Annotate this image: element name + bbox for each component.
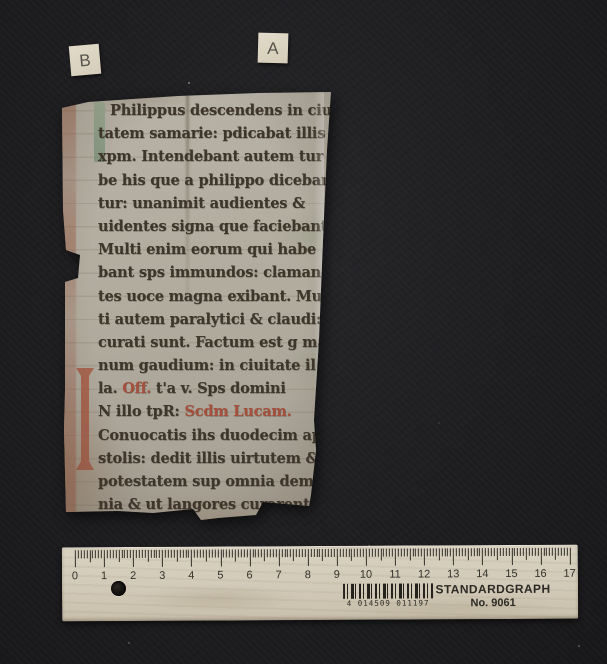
ruler-tick (299, 549, 300, 557)
ruler-tick (75, 550, 76, 567)
ruler-tick (156, 550, 157, 558)
ruler-tick (570, 548, 571, 565)
ruler-tick (200, 550, 201, 558)
ruler-tick (558, 548, 559, 556)
ruler-tick (95, 550, 96, 558)
ruler-tick (343, 549, 344, 557)
ruler-tick (252, 549, 253, 557)
ruler-tick (447, 548, 448, 556)
ruler-tick (479, 548, 480, 556)
ruler-tick (81, 550, 82, 558)
body-text: stolis: dedit illis uirtutem & (98, 450, 318, 467)
manuscript-line: Conuocatis ihs duodecim apo (98, 424, 330, 447)
ruler-tick (101, 550, 102, 558)
ruler-tick (508, 548, 509, 556)
photo-scene: B A Philippus descendens in ciuitatem sa… (0, 0, 607, 664)
label-a: A (258, 33, 289, 64)
manuscript-line: uidentes signa que faciebant. (98, 215, 330, 238)
ruler-tick (351, 549, 352, 561)
ruler-scale: 01234567891011121314151617 (62, 545, 578, 548)
body-text: xpm. Intendebant autem tur (98, 148, 323, 165)
body-text: tur: unanimit audientes & (98, 195, 305, 212)
ruler-tick (220, 550, 221, 567)
ruler-tick (107, 550, 108, 558)
ruler-tick (555, 548, 556, 560)
manuscript-line: be his que a philippo diceban (98, 169, 330, 192)
ruler-tick (517, 548, 518, 556)
manuscript-line: Multi enim eorum qui habe (98, 238, 330, 261)
ruler-tick (302, 549, 303, 557)
ruler-tick (494, 548, 495, 556)
ruler-tick (139, 550, 140, 558)
ruler-tick (546, 548, 547, 556)
ruler-tick (398, 549, 399, 557)
ruler-tick (153, 550, 154, 558)
ruler-tick (308, 549, 309, 566)
ruler-tick (305, 549, 306, 557)
ruler-tick (124, 550, 125, 558)
ruler-tick (86, 550, 87, 558)
ruler-tick (185, 550, 186, 558)
manuscript-line: bant sps immundos: claman (98, 261, 330, 284)
ruler-tick (505, 548, 506, 556)
ruler-tick (127, 550, 128, 558)
ruler-tick (471, 548, 472, 556)
manuscript-line: ti autem paralytici & claudi: (98, 308, 330, 331)
ruler-tick (375, 549, 376, 557)
ruler-tick (453, 548, 454, 565)
ruler-tick (459, 548, 460, 556)
body-text: Multi enim eorum qui habe (98, 241, 316, 258)
ruler-tick (159, 550, 160, 558)
ruler-tick (116, 550, 117, 558)
ruler-tick (214, 550, 215, 558)
ruler-tick (232, 549, 233, 557)
ruler-tick (468, 548, 469, 560)
manuscript-line: tatem samarie: pdicabat illis (98, 122, 330, 145)
manuscript-line: tes uoce magna exibant. Mul (98, 285, 330, 308)
manuscript-line: stolis: dedit illis uirtutem & (98, 447, 330, 470)
ruler-tick (543, 548, 544, 556)
ruler-tick (427, 548, 428, 556)
ruler-number: 2 (123, 570, 143, 582)
body-text: N illo tpR: (98, 403, 184, 420)
ruler-tick (293, 549, 294, 561)
red-initial-i-glyph (72, 366, 98, 472)
ruler-tick (296, 549, 297, 557)
ruler-tick (348, 549, 349, 557)
ruler-tick (206, 550, 207, 562)
barcode-digits: 4 014509 011197 (334, 598, 442, 608)
ruler-tick (177, 550, 178, 562)
manuscript-fragment-wrap: Philippus descendens in ciuitatem samari… (58, 90, 336, 530)
ruler-tick (354, 549, 355, 557)
ruler-tick (441, 548, 442, 556)
manuscript-line: potestatem sup omnia demo (98, 470, 330, 493)
ruler-tick (148, 550, 149, 562)
ruler-tick (110, 550, 111, 558)
ruler-tick (549, 548, 550, 556)
ruler-tick (229, 549, 230, 557)
ruler-tick (168, 550, 169, 558)
ruler-number: 0 (65, 570, 85, 582)
ruler-tick (503, 548, 504, 556)
ruler-number: 1 (94, 570, 114, 582)
ruler-tick (561, 548, 562, 556)
ruler-tick (142, 550, 143, 558)
ruler-number: 5 (210, 569, 230, 581)
ruler-tick (209, 550, 210, 558)
ruler-tick (430, 548, 431, 556)
label-b: B (69, 44, 102, 77)
ruler-tick (98, 550, 99, 558)
ruler-tick (276, 549, 277, 557)
ruler-tick (523, 548, 524, 556)
ruler-tick (404, 549, 405, 557)
ruler-tick (552, 548, 553, 556)
ruler-tick (386, 549, 387, 557)
ruler-tick (279, 549, 280, 566)
ruler-tick (241, 549, 242, 557)
ruler-number: 16 (531, 568, 551, 580)
ruler-tick (424, 548, 425, 565)
ruler-tick (476, 548, 477, 556)
ruler-tick (497, 548, 498, 560)
ruler-tick (217, 550, 218, 558)
ruler-tick (174, 550, 175, 558)
ruler-tick (118, 550, 119, 562)
body-text: Conuocatis ihs duodecim apo (98, 427, 331, 444)
sleeve-glare (314, 92, 324, 508)
ruler-tick (84, 550, 85, 558)
ruler-tick (311, 549, 312, 557)
ruler-tick (473, 548, 474, 556)
ruler-tick (392, 549, 393, 557)
ruler-tick (360, 549, 361, 557)
ruler-tick (482, 548, 483, 565)
ruler-tick (203, 550, 204, 558)
ruler-tick (226, 549, 227, 557)
ruler-tick (284, 549, 285, 557)
ruler-number: 6 (240, 569, 260, 581)
red-initial-i (72, 366, 98, 472)
ruler-tick (529, 548, 530, 556)
ruler-tick (357, 549, 358, 557)
ruler-tick (165, 550, 166, 558)
manuscript-line: num gaudium: in ciuitate il (98, 354, 330, 377)
body-text: be his que a philippo diceban (98, 172, 331, 189)
ruler-tick (567, 548, 568, 556)
ruler-tick (511, 548, 512, 565)
ruler-tick (520, 548, 521, 556)
ruler-number: 3 (152, 570, 172, 582)
ruler-tick (366, 549, 367, 566)
ruler-tick (450, 548, 451, 556)
ruler-tick (369, 549, 370, 557)
ruler-tick (244, 549, 245, 557)
ruler-tick (456, 548, 457, 556)
ruler-tick (130, 550, 131, 558)
ruler-tick (439, 548, 440, 560)
ruler-tick (488, 548, 489, 556)
ruler-tick (500, 548, 501, 556)
ruler-tick (415, 548, 416, 556)
ruler-number: 9 (327, 569, 347, 581)
ruler-tick (337, 549, 338, 566)
ruler-tick (319, 549, 320, 557)
ruler-tick (89, 550, 90, 562)
body-text: curati sunt. Factum est g mag (98, 334, 336, 351)
ruler-tick (564, 548, 565, 556)
ruler-tick (372, 549, 373, 557)
body-text: potestatem sup omnia demo (98, 473, 323, 490)
body-text: bant sps immundos: claman (98, 264, 321, 281)
ruler-tick (180, 550, 181, 558)
manuscript-line: nia & ut langores curarent (98, 493, 330, 516)
ruler-tick (136, 550, 137, 558)
ruler-tick (485, 548, 486, 556)
ruler-tick (334, 549, 335, 557)
ruler-tick (238, 549, 239, 557)
barcode (343, 583, 433, 598)
body-text: tes uoce magna exibant. Mul (98, 288, 327, 305)
ruler-number: 4 (181, 570, 201, 582)
label-a-letter: A (267, 39, 279, 56)
ruler-tick (491, 548, 492, 556)
ruler-tick (162, 550, 163, 567)
ruler-tick (290, 549, 291, 557)
ruler-number: 7 (269, 569, 289, 581)
rubric-text: Scdm Lucam. (184, 403, 291, 420)
body-text: uidentes signa que faciebant. (98, 218, 332, 235)
ruler-number: 8 (298, 569, 318, 581)
ruler-tick (538, 548, 539, 556)
ruler-tick (145, 550, 146, 558)
ruler-tick (331, 549, 332, 557)
ruler-tick (78, 550, 79, 558)
manuscript-line: xpm. Intendebant autem tur (98, 145, 330, 168)
ruler-tick (462, 548, 463, 556)
ruler-tick (540, 548, 541, 565)
ruler-tick (514, 548, 515, 556)
body-text: Philippus descendens in ciui (110, 102, 337, 119)
body-text: t'a v. Sps domini (151, 380, 286, 397)
ruler-tick (436, 548, 437, 556)
ruler-number: 14 (472, 568, 492, 580)
manuscript-line: la. Off. t'a v. Sps domini (98, 377, 330, 400)
body-text: ti autem paralytici & claudi: (98, 311, 321, 328)
manuscript-fragment: Philippus descendens in ciuitatem samari… (58, 90, 336, 530)
ruler-tick (255, 549, 256, 557)
ruler: 01234567891011121314151617 4 014509 0111… (62, 545, 578, 622)
ruler-number: 15 (501, 568, 521, 580)
body-text: tatem samarie: pdicabat illis (98, 125, 325, 142)
ruler-tick (444, 548, 445, 556)
ruler-tick (113, 550, 114, 558)
ruler-tick (267, 549, 268, 557)
body-text: la. (98, 380, 122, 397)
ruler-tick (313, 549, 314, 557)
ruler-tick (194, 550, 195, 558)
ruler-tick (121, 550, 122, 558)
ruler-tick (247, 549, 248, 557)
manuscript-line: N illo tpR: Scdm Lucam. (98, 400, 330, 423)
ruler-hole (111, 581, 126, 596)
ruler-tick (287, 549, 288, 557)
ruler-tick (345, 549, 346, 557)
ruler-tick (258, 549, 259, 557)
ruler-tick (412, 549, 413, 557)
ruler-tick (328, 549, 329, 557)
ruler-tick (325, 549, 326, 557)
ruler-tick (191, 550, 192, 567)
label-b-letter: B (79, 51, 92, 69)
ruler-tick (270, 549, 271, 557)
ruler-tick (322, 549, 323, 561)
ruler-tick (535, 548, 536, 556)
ruler-tick (92, 550, 93, 558)
ruler-tick (377, 549, 378, 557)
manuscript-text-block: Philippus descendens in ciuitatem samari… (98, 99, 330, 516)
ruler-model: No. 9061 (434, 597, 552, 610)
ruler-tick (188, 550, 189, 558)
ruler-tick (401, 549, 402, 557)
ruler-tick (340, 549, 341, 557)
body-text: nia & ut langores curarent (98, 496, 310, 513)
ruler-tick (380, 549, 381, 561)
ruler-number: 11 (385, 569, 405, 581)
ruler-tick (261, 549, 262, 557)
ruler-number: 17 (560, 568, 580, 580)
ruler-tick (235, 549, 236, 561)
ruler-tick (363, 549, 364, 557)
ruler-tick (433, 548, 434, 556)
ruler-tick (197, 550, 198, 558)
ruler-tick (182, 550, 183, 558)
ruler-brand: STANDARDGRAPH (434, 582, 552, 597)
ruler-tick (383, 549, 384, 557)
dust-specks (188, 82, 190, 84)
ruler-tick (264, 549, 265, 561)
ruler-tick (316, 549, 317, 557)
ruler-tick (171, 550, 172, 558)
ruler-tick (389, 549, 390, 557)
ruler-tick (133, 550, 134, 567)
ruler-tick (418, 548, 419, 556)
ruler-tick (249, 549, 250, 566)
manuscript-line: Philippus descendens in ciui (98, 99, 330, 122)
body-text: num gaudium: in ciuitate il (98, 357, 316, 374)
ruler-tick (150, 550, 151, 558)
ruler-tick (407, 549, 408, 557)
ruler-tick (273, 549, 274, 557)
manuscript-line: tur: unanimit audientes & (98, 192, 330, 215)
ruler-tick (409, 549, 410, 561)
ruler-tick (104, 550, 105, 567)
ruler-tick (421, 548, 422, 556)
ruler-tick (212, 550, 213, 558)
ruler-tick (532, 548, 533, 556)
ruler-tick (395, 549, 396, 566)
ruler-number: 10 (356, 569, 376, 581)
ruler-tick (223, 550, 224, 558)
ruler-tick (281, 549, 282, 557)
ruler-tick (465, 548, 466, 556)
ruler-number: 12 (414, 568, 434, 580)
ruler-number: 13 (443, 568, 463, 580)
rubric-text: Off. (122, 380, 151, 397)
ruler-tick (526, 548, 527, 560)
manuscript-line: curati sunt. Factum est g mag (98, 331, 330, 354)
